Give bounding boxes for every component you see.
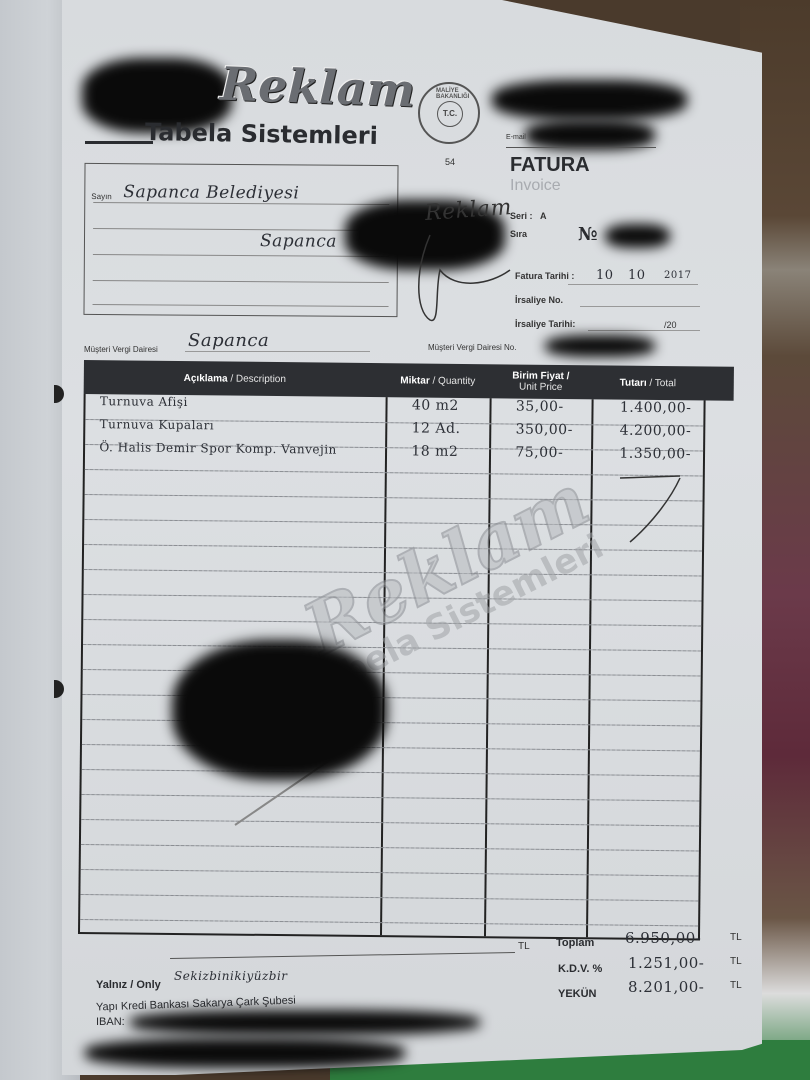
customer-name: Sapanca Belediyesi — [123, 182, 299, 203]
tax-number-label: Müşteri Vergi Dairesi No. — [428, 343, 516, 352]
table-rule — [81, 844, 699, 851]
subtotal-value: 6.950,00- — [625, 929, 701, 947]
salutation-label: Sayın — [91, 192, 112, 201]
table-rule — [80, 894, 698, 901]
table-rule — [81, 869, 699, 876]
in-words-label: Yalnız / Only — [96, 979, 161, 991]
table-rule — [80, 919, 698, 926]
waybill-number-label: İrsaliye No. — [515, 295, 563, 305]
column-header-unit-price: Birim Fiyat / Unit Price — [490, 364, 592, 399]
redacted-tax-number — [545, 335, 655, 357]
table-rule — [83, 644, 701, 651]
stamp-number: 54 — [445, 157, 455, 167]
column-header-description: Açıklama / Description — [84, 360, 386, 397]
seller-divider — [506, 147, 656, 148]
stamp-center: T.C. — [437, 101, 463, 127]
customer-city: Sapanca — [260, 231, 337, 252]
column-divider — [380, 397, 387, 935]
column-header-regular: / Description — [228, 373, 286, 385]
invoice-date-year: 2017 — [664, 270, 691, 281]
cell-total: 4.200,00- — [620, 423, 692, 440]
series-label: Seri : — [510, 211, 533, 221]
column-header-regular: / Quantity — [430, 375, 476, 386]
series-value: A — [540, 211, 547, 221]
column-divider — [586, 399, 593, 937]
redacted-iban — [130, 1010, 480, 1035]
company-logo-tagline: Tabela Sistemleri — [145, 118, 378, 150]
vat-value: 1.251,00- — [628, 954, 704, 972]
grand-total-label: YEKÜN — [558, 988, 597, 1000]
vat-label: K.D.V. % — [558, 963, 602, 975]
table-rule — [84, 569, 702, 576]
waybill-year-prefix: /20 — [664, 320, 677, 330]
table-rule — [81, 794, 699, 801]
table-rule — [83, 619, 701, 626]
box-rule — [93, 304, 389, 307]
tax-office-label: Müşteri Vergi Dairesi — [84, 345, 158, 354]
waybill-date-label: İrsaliye Tarihi: — [515, 319, 575, 329]
signature — [410, 230, 530, 330]
table-rule — [82, 744, 700, 751]
tax-office-line — [185, 351, 370, 352]
vat-currency: TL — [730, 956, 742, 967]
column-header-regular: Unit Price — [519, 382, 562, 393]
grand-total-value: 8.201,00- — [628, 978, 704, 996]
stamp-ring-text: MALİYE BAKANLIĞI — [436, 88, 478, 100]
table-rule — [83, 669, 701, 676]
column-header-regular: / Total — [647, 377, 676, 388]
tax-office-value: Sapanca — [188, 330, 269, 351]
redacted-area — [172, 640, 387, 780]
document-title-en: Invoice — [510, 177, 561, 195]
cell-unit-price: 35,00- — [516, 399, 564, 415]
invoice-date-line — [568, 284, 698, 285]
cell-description: Ö. Halis Demir Spor Komp. Vanvejin — [99, 440, 337, 456]
box-rule — [93, 280, 389, 283]
cell-quantity: 18 m2 — [411, 443, 458, 459]
table-rule — [82, 769, 700, 776]
redacted-footer — [85, 1038, 405, 1068]
cell-description: Turnuva Afişi — [100, 394, 188, 409]
amount-in-words: Sekizbinikiyüzbir — [174, 969, 288, 983]
in-words-label-text: Yalnız / Only — [96, 979, 161, 991]
column-header-total: Tutarı / Total — [592, 365, 704, 400]
redacted-seller-email — [525, 120, 655, 150]
table-rule — [84, 594, 702, 601]
iban-label: IBAN: — [96, 1016, 125, 1028]
seller-email-label: E-mail — [506, 134, 526, 141]
table-rule — [81, 819, 699, 826]
cell-unit-price: 350,00- — [516, 422, 573, 439]
invoice-date-day: 10 — [596, 268, 614, 283]
sequence-label: Sıra — [510, 229, 527, 239]
box-rule — [93, 254, 389, 257]
cell-total: 1.400,00- — [620, 400, 692, 417]
invoice-date-label: Fatura Tarihi : — [515, 271, 574, 281]
company-logo-script: Reklam — [219, 57, 416, 118]
column-header-bold: Açıklama — [184, 373, 228, 384]
cell-quantity: 40 m2 — [412, 397, 459, 413]
invoice-date-month: 10 — [628, 268, 646, 283]
column-header-bold: Miktar — [400, 375, 430, 386]
waybill-date-line — [588, 330, 700, 331]
grand-total-currency: TL — [730, 980, 742, 991]
total-underline-and-stroke — [600, 470, 690, 550]
in-words-currency: TL — [518, 941, 530, 952]
column-header-bold: Birim Fiyat / — [512, 370, 569, 382]
column-header-bold: Tutarı — [620, 377, 647, 388]
logo-underline — [85, 141, 153, 144]
subtotal-currency: TL — [730, 932, 742, 943]
redacted-invoice-number — [605, 224, 670, 248]
document-title: FATURA — [510, 154, 590, 177]
cell-unit-price: 75,00- — [515, 445, 563, 461]
invoice-number-symbol: № — [578, 224, 598, 245]
ministry-stamp: MALİYE BAKANLIĞI T.C. — [418, 82, 480, 144]
column-header-quantity: Miktar / Quantity — [386, 363, 490, 398]
cell-quantity: 12 Ad. — [412, 420, 461, 437]
waybill-number-line — [580, 306, 700, 307]
subtotal-label: Toplam — [556, 937, 594, 949]
cell-total: 1.350,00- — [619, 446, 691, 463]
column-divider — [484, 398, 491, 936]
redacted-seller-info — [492, 80, 687, 120]
cell-description: Turnuva Kupaları — [100, 417, 215, 432]
